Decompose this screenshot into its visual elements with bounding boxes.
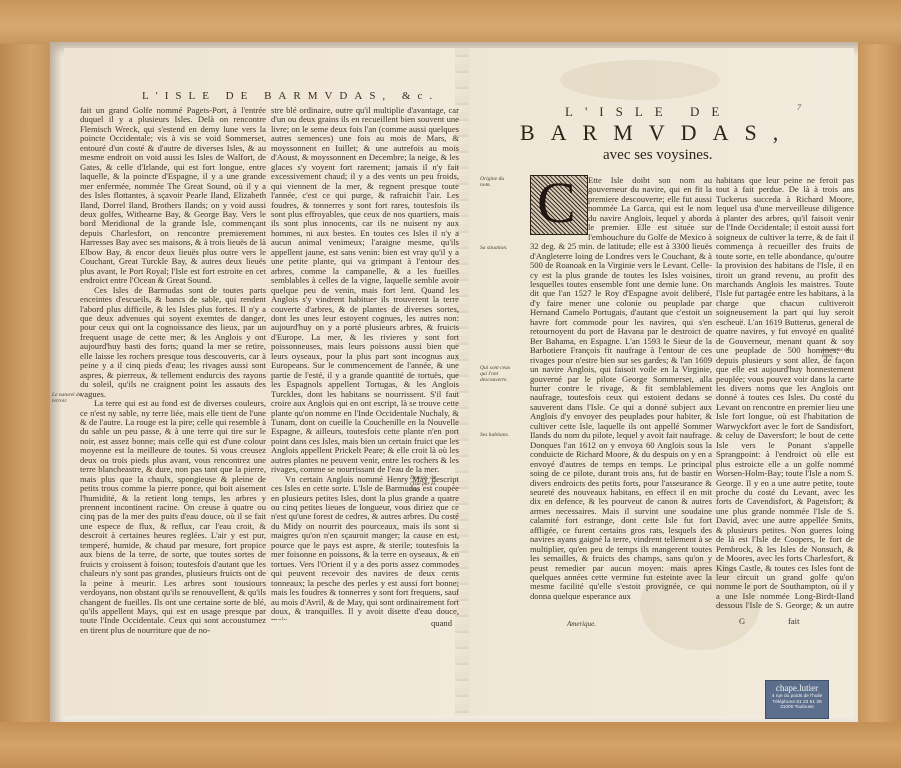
paragraph: habitans que leur peine ne feroit pas to… [716,176,854,612]
frame-right-rail [858,0,901,768]
margin-note-origine: Origine du nom. [480,176,516,188]
paragraph-text: Ette Isle doibt son nom au gouverneur du… [530,176,712,600]
margin-note-decouverte: Qui sont ceux qui l'ont descouverte. [480,365,516,383]
framer-city: 31000 Toulouse [766,705,828,711]
framer-address: 4 rue du poids de l'huile [766,694,828,700]
paragraph: stre blé ordinaire, outre qu'il multipli… [271,106,459,475]
frame-top-rail [0,0,901,44]
title-line-2: BARMVDAS, [520,120,794,146]
paragraph: fait un grand Golfe nommé Pagets-Port, à… [80,106,266,286]
margin-note-situation: Sa situation. [480,245,516,251]
left-page-column-1: fait un grand Golfe nommé Pagets-Port, à… [80,106,266,666]
title-line-1: L'ISLE DE [565,104,731,120]
right-page-column-2: habitans que leur peine ne feroit pas to… [716,176,854,612]
paragraph: Ette Isle doibt son nom au gouverneur du… [530,176,712,600]
paragraph: Ces Isles de Barmudas sont de toutes par… [80,286,266,399]
paragraph: Vn certain Anglois nommé Henry May descr… [271,475,459,620]
framer-name: chape.lutier [766,683,828,694]
catchword: quand [431,618,452,628]
paragraph: La terre qui est au fond est de diverses… [80,399,266,635]
running-head: L'ISLE DE BARMVDAS, &c. [142,90,439,102]
left-page-column-2: stre blé ordinaire, outre qu'il multipli… [271,106,459,620]
margin-note-habitans: Ses habitans. [480,432,516,438]
drop-cap-space [530,176,588,234]
margin-note-description: Descrip. de l'Isle par H. May [410,475,444,493]
margin-note-terroir: Le naturel du terroir. [52,392,88,404]
title-line-3: avec ses voysines. [603,147,713,164]
signature-mark: G [739,616,745,626]
frame-left-rail [0,0,50,768]
framer-label: chape.lutier 4 rue du poids de l'huile T… [765,680,829,719]
right-page-column-1: Ette Isle doibt son nom au gouverneur du… [530,176,712,600]
margin-note-noms: Les noms des Isles. [822,347,854,359]
catchword: fait [788,616,799,626]
paper-stain [560,60,720,100]
page-number: 7 [797,103,801,112]
column-footer: Amerique. [567,620,596,628]
frame-bottom-rail [0,722,901,768]
